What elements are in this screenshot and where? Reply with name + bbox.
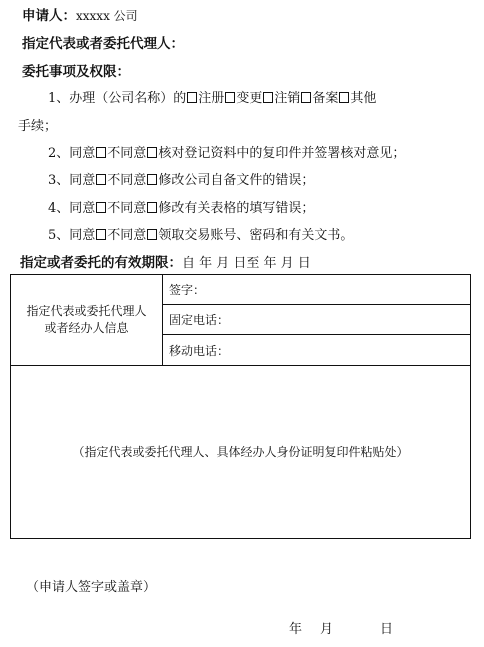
checkbox[interactable] [96, 202, 106, 213]
item-text: 领取交易账号、密码和有关文书。 [158, 228, 353, 243]
checkbox[interactable] [147, 202, 157, 213]
signature-label: 签字： [169, 281, 205, 298]
item-number: 1、 [48, 91, 69, 106]
item-2: 2、同意不同意核对登记资料中的复印件并签署核对意见； [48, 146, 405, 162]
item-number: 5、 [48, 228, 69, 243]
option-label: 变更 [236, 91, 262, 106]
signature-row[interactable]: 签字： [163, 275, 470, 305]
info-table: 指定代表或委托代理人或者经办人信息 签字： 固定电话： 移动电话： （指定代表或… [10, 274, 471, 539]
landline-label: 固定电话： [169, 311, 229, 328]
representative-label: 指定代表或者委托代理人： [22, 36, 184, 52]
option-label: 同意 [69, 228, 95, 243]
validity-value: 自 年 月 日至 年 月 日 [182, 256, 311, 271]
checkbox[interactable] [96, 229, 106, 240]
checkbox[interactable] [263, 92, 273, 103]
item-text: 修改有关表格的填写错误； [158, 201, 314, 216]
item-4: 4、同意不同意修改有关表格的填写错误； [48, 201, 314, 217]
item-5: 5、同意不同意领取交易账号、密码和有关文书。 [48, 228, 353, 244]
item-text: 修改公司自备文件的错误； [158, 173, 314, 188]
applicant-label: 申请人： [22, 8, 76, 24]
option-label: 不同意 [107, 201, 146, 216]
validity-label: 指定或者委托的有效期限： [20, 255, 182, 271]
option-label: 不同意 [107, 173, 146, 188]
option-label: 注销 [274, 91, 300, 106]
date-month: 月 [320, 622, 333, 638]
mobile-label: 移动电话： [169, 342, 229, 359]
checkbox[interactable] [96, 147, 106, 158]
item-1: 1、办理（公司名称）的注册变更注销备案其他 [48, 91, 376, 107]
matters-label: 委托事项及权限： [22, 64, 130, 80]
applicant-line: 申请人：xxxxx 公司 [22, 8, 138, 24]
checkbox[interactable] [147, 174, 157, 185]
option-label: 备案 [312, 91, 338, 106]
checkbox[interactable] [225, 92, 235, 103]
applicant-value: xxxxx 公司 [76, 9, 138, 23]
checkbox[interactable] [147, 147, 157, 158]
checkbox[interactable] [301, 92, 311, 103]
checkbox[interactable] [187, 92, 197, 103]
id-copy-paste-area: （指定代表或委托代理人、具体经办人身份证明复印件粘贴处） [11, 366, 470, 537]
checkbox[interactable] [96, 174, 106, 185]
item-3: 3、同意不同意修改公司自备文件的错误； [48, 173, 314, 189]
item-text: 办理（公司名称）的 [69, 91, 186, 106]
option-label: 同意 [69, 173, 95, 188]
option-label: 不同意 [107, 146, 146, 161]
item-1-suffix: 手续； [18, 119, 57, 135]
item-number: 2、 [48, 146, 69, 161]
signature-label: （申请人签字或盖章） [26, 580, 156, 596]
mobile-row[interactable]: 移动电话： [163, 335, 470, 366]
checkbox[interactable] [339, 92, 349, 103]
info-header: 指定代表或委托代理人或者经办人信息 [24, 303, 150, 337]
option-label: 同意 [69, 146, 95, 161]
info-header-cell: 指定代表或委托代理人或者经办人信息 [11, 275, 163, 366]
date-day: 日 [380, 622, 393, 638]
option-label: 注册 [198, 91, 224, 106]
option-label: 同意 [69, 201, 95, 216]
paste-note: （指定代表或委托代理人、具体经办人身份证明复印件粘贴处） [72, 443, 408, 460]
option-label: 其他 [350, 91, 376, 106]
item-number: 3、 [48, 173, 69, 188]
item-number: 4、 [48, 201, 69, 216]
validity-line: 指定或者委托的有效期限：自 年 月 日至 年 月 日 [20, 255, 311, 272]
checkbox[interactable] [147, 229, 157, 240]
item-text: 核对登记资料中的复印件并签署核对意见； [158, 146, 405, 161]
date-year: 年 [289, 622, 302, 638]
option-label: 不同意 [107, 228, 146, 243]
landline-row[interactable]: 固定电话： [163, 305, 470, 335]
